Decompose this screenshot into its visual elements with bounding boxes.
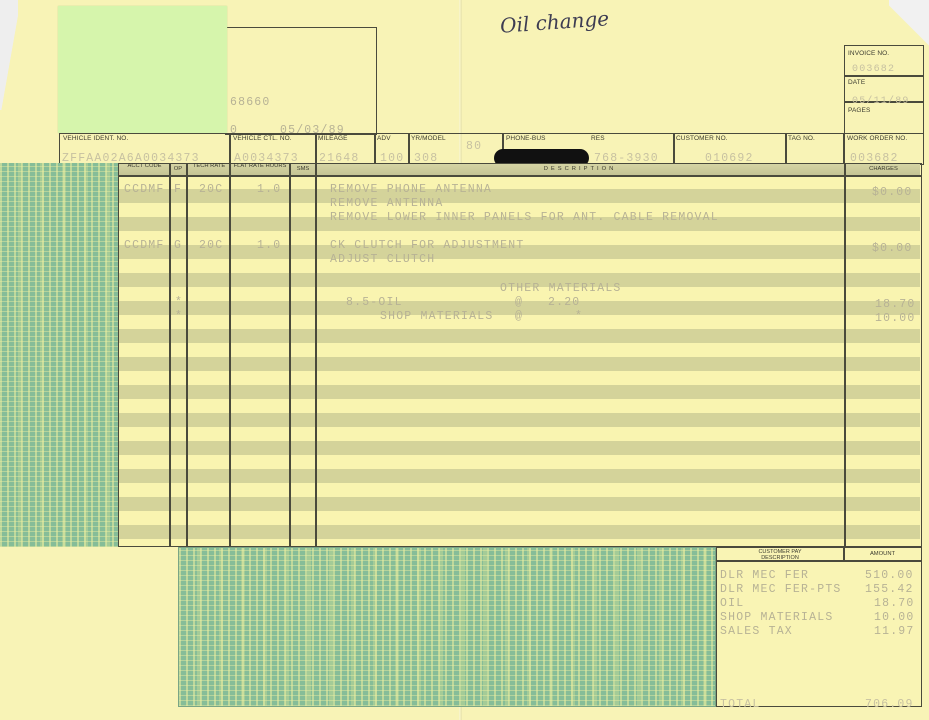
paper-corner [889,0,929,50]
security-pattern-bottom [178,547,716,707]
customer-account: 68660 [230,96,271,109]
col-charges: Charges [845,166,922,172]
work-order-label: Work Order No. [847,135,907,142]
year-value: 80 [466,140,482,153]
pages-label: Pages [848,107,870,114]
summary-desc-header: Customer Pay Description [740,549,820,561]
phone-bus-label: Phone-Bus [506,135,546,142]
col-sms: SMS [291,166,315,172]
customer-no-label: Customer No. [676,135,728,142]
other-materials-heading: OTHER MATERIALS [500,282,622,295]
invoice-info-box [844,45,924,134]
date-value: 05/11/89 [852,96,910,107]
yr-model-label: Yr/Model [411,135,446,142]
col-tech-rate: Tech Rate [190,163,228,169]
mileage-label: Mileage [318,135,348,142]
col-acct-code: Acct Code [120,163,169,169]
date-label: Date [848,79,865,86]
total-label: TOTAL [720,698,761,711]
phone-res-label: Res [591,135,605,142]
paper-edge [0,0,18,110]
invoice-no-value: 003682 [852,64,895,75]
col-flat-rate-hours: Flat Rate Hours [232,163,288,169]
vin-label: Vehicle Ident. No. [63,135,128,142]
tag-no-label: Tag No. [788,135,815,142]
vehicle-ctl-label: Vehicle Ctl. No. [233,135,292,142]
invoice-no-label: Invoice No. [848,50,889,57]
total-amount: 706.09 [865,698,914,711]
sticky-note [58,6,227,133]
security-pattern-left [0,163,118,547]
adv-label: Adv [377,135,391,142]
summary-amount-header: Amount [845,551,920,557]
customer-address-box [225,27,377,135]
col-description: Description [316,166,844,172]
col-op: Op [170,166,186,172]
